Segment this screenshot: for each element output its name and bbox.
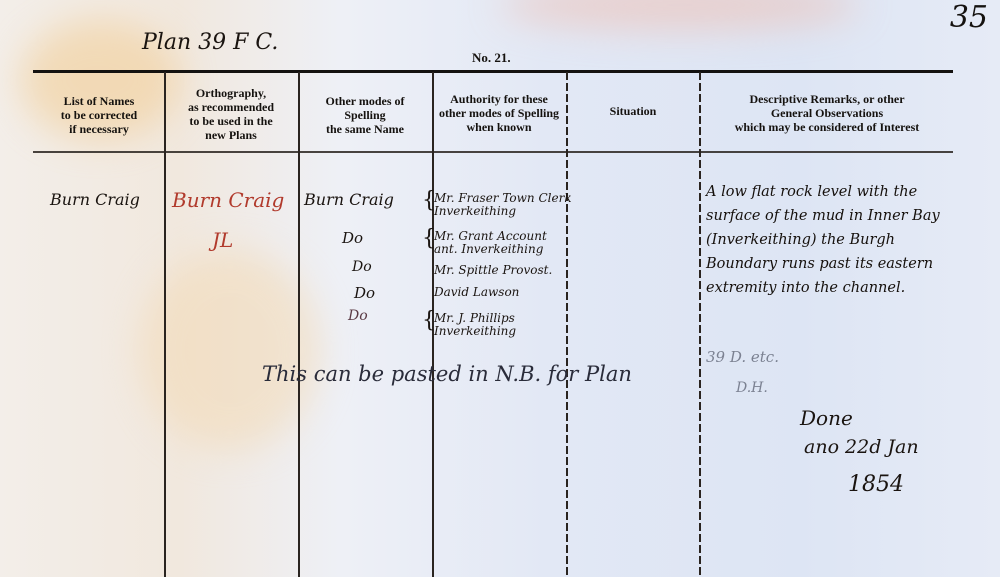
entry-name: Burn Craig bbox=[50, 190, 140, 209]
other-spelling-4: Do bbox=[354, 284, 375, 302]
authority-3: Mr. Spittle Provost. bbox=[434, 264, 552, 277]
other-spelling-3: Do bbox=[352, 259, 372, 275]
column-divider bbox=[164, 72, 166, 577]
header-list-of-names: List of Names to be corrected if necessa… bbox=[36, 94, 162, 136]
page-number: 35 bbox=[950, 0, 988, 35]
authority-1: Mr. Fraser Town Clerk Inverkeithing bbox=[434, 192, 572, 218]
descriptive-remarks: A low flat rock level with the surface o… bbox=[706, 180, 966, 300]
authority-5: Mr. J. Phillips Inverkeithing bbox=[434, 312, 516, 338]
header-remarks: Descriptive Remarks, or other General Ob… bbox=[702, 92, 952, 134]
header-authority: Authority for these other modes of Spell… bbox=[434, 92, 564, 134]
entry-orthography-initials: JL bbox=[212, 228, 233, 252]
note-date: ano 22d Jan bbox=[804, 436, 919, 458]
note-done: Done bbox=[800, 406, 853, 430]
paper-stain bbox=[140, 250, 320, 450]
plan-reference: Plan 39 F C. bbox=[142, 30, 278, 55]
entry-orthography: Burn Craig bbox=[172, 188, 284, 212]
other-spelling-2: Do bbox=[342, 229, 363, 247]
note-plan-ref: 39 D. etc. bbox=[706, 348, 779, 366]
note-pasted: This can be pasted in N.B. for Plan bbox=[262, 362, 632, 386]
note-year: 1854 bbox=[848, 472, 904, 497]
authority-4: David Lawson bbox=[434, 286, 519, 299]
header-situation: Situation bbox=[568, 104, 698, 118]
column-divider bbox=[566, 72, 568, 577]
note-initials: D.H. bbox=[736, 380, 768, 396]
document-page: 35 Plan 39 F C. No. 21. List of Names to… bbox=[0, 0, 1000, 577]
header-orthography: Orthography, as recommended to be used i… bbox=[166, 86, 296, 142]
other-spelling-1: Burn Craig bbox=[304, 190, 394, 209]
form-number: No. 21. bbox=[472, 50, 511, 66]
column-divider bbox=[699, 72, 701, 577]
paper-stain bbox=[500, 0, 860, 30]
header-other-modes: Other modes of Spelling the same Name bbox=[300, 94, 430, 136]
table-top-rule bbox=[33, 70, 953, 73]
authority-2: Mr. Grant Account ant. Inverkeithing bbox=[434, 230, 547, 256]
other-spelling-5: Do bbox=[348, 308, 368, 324]
column-divider bbox=[298, 72, 300, 577]
header-bottom-rule bbox=[33, 151, 953, 153]
